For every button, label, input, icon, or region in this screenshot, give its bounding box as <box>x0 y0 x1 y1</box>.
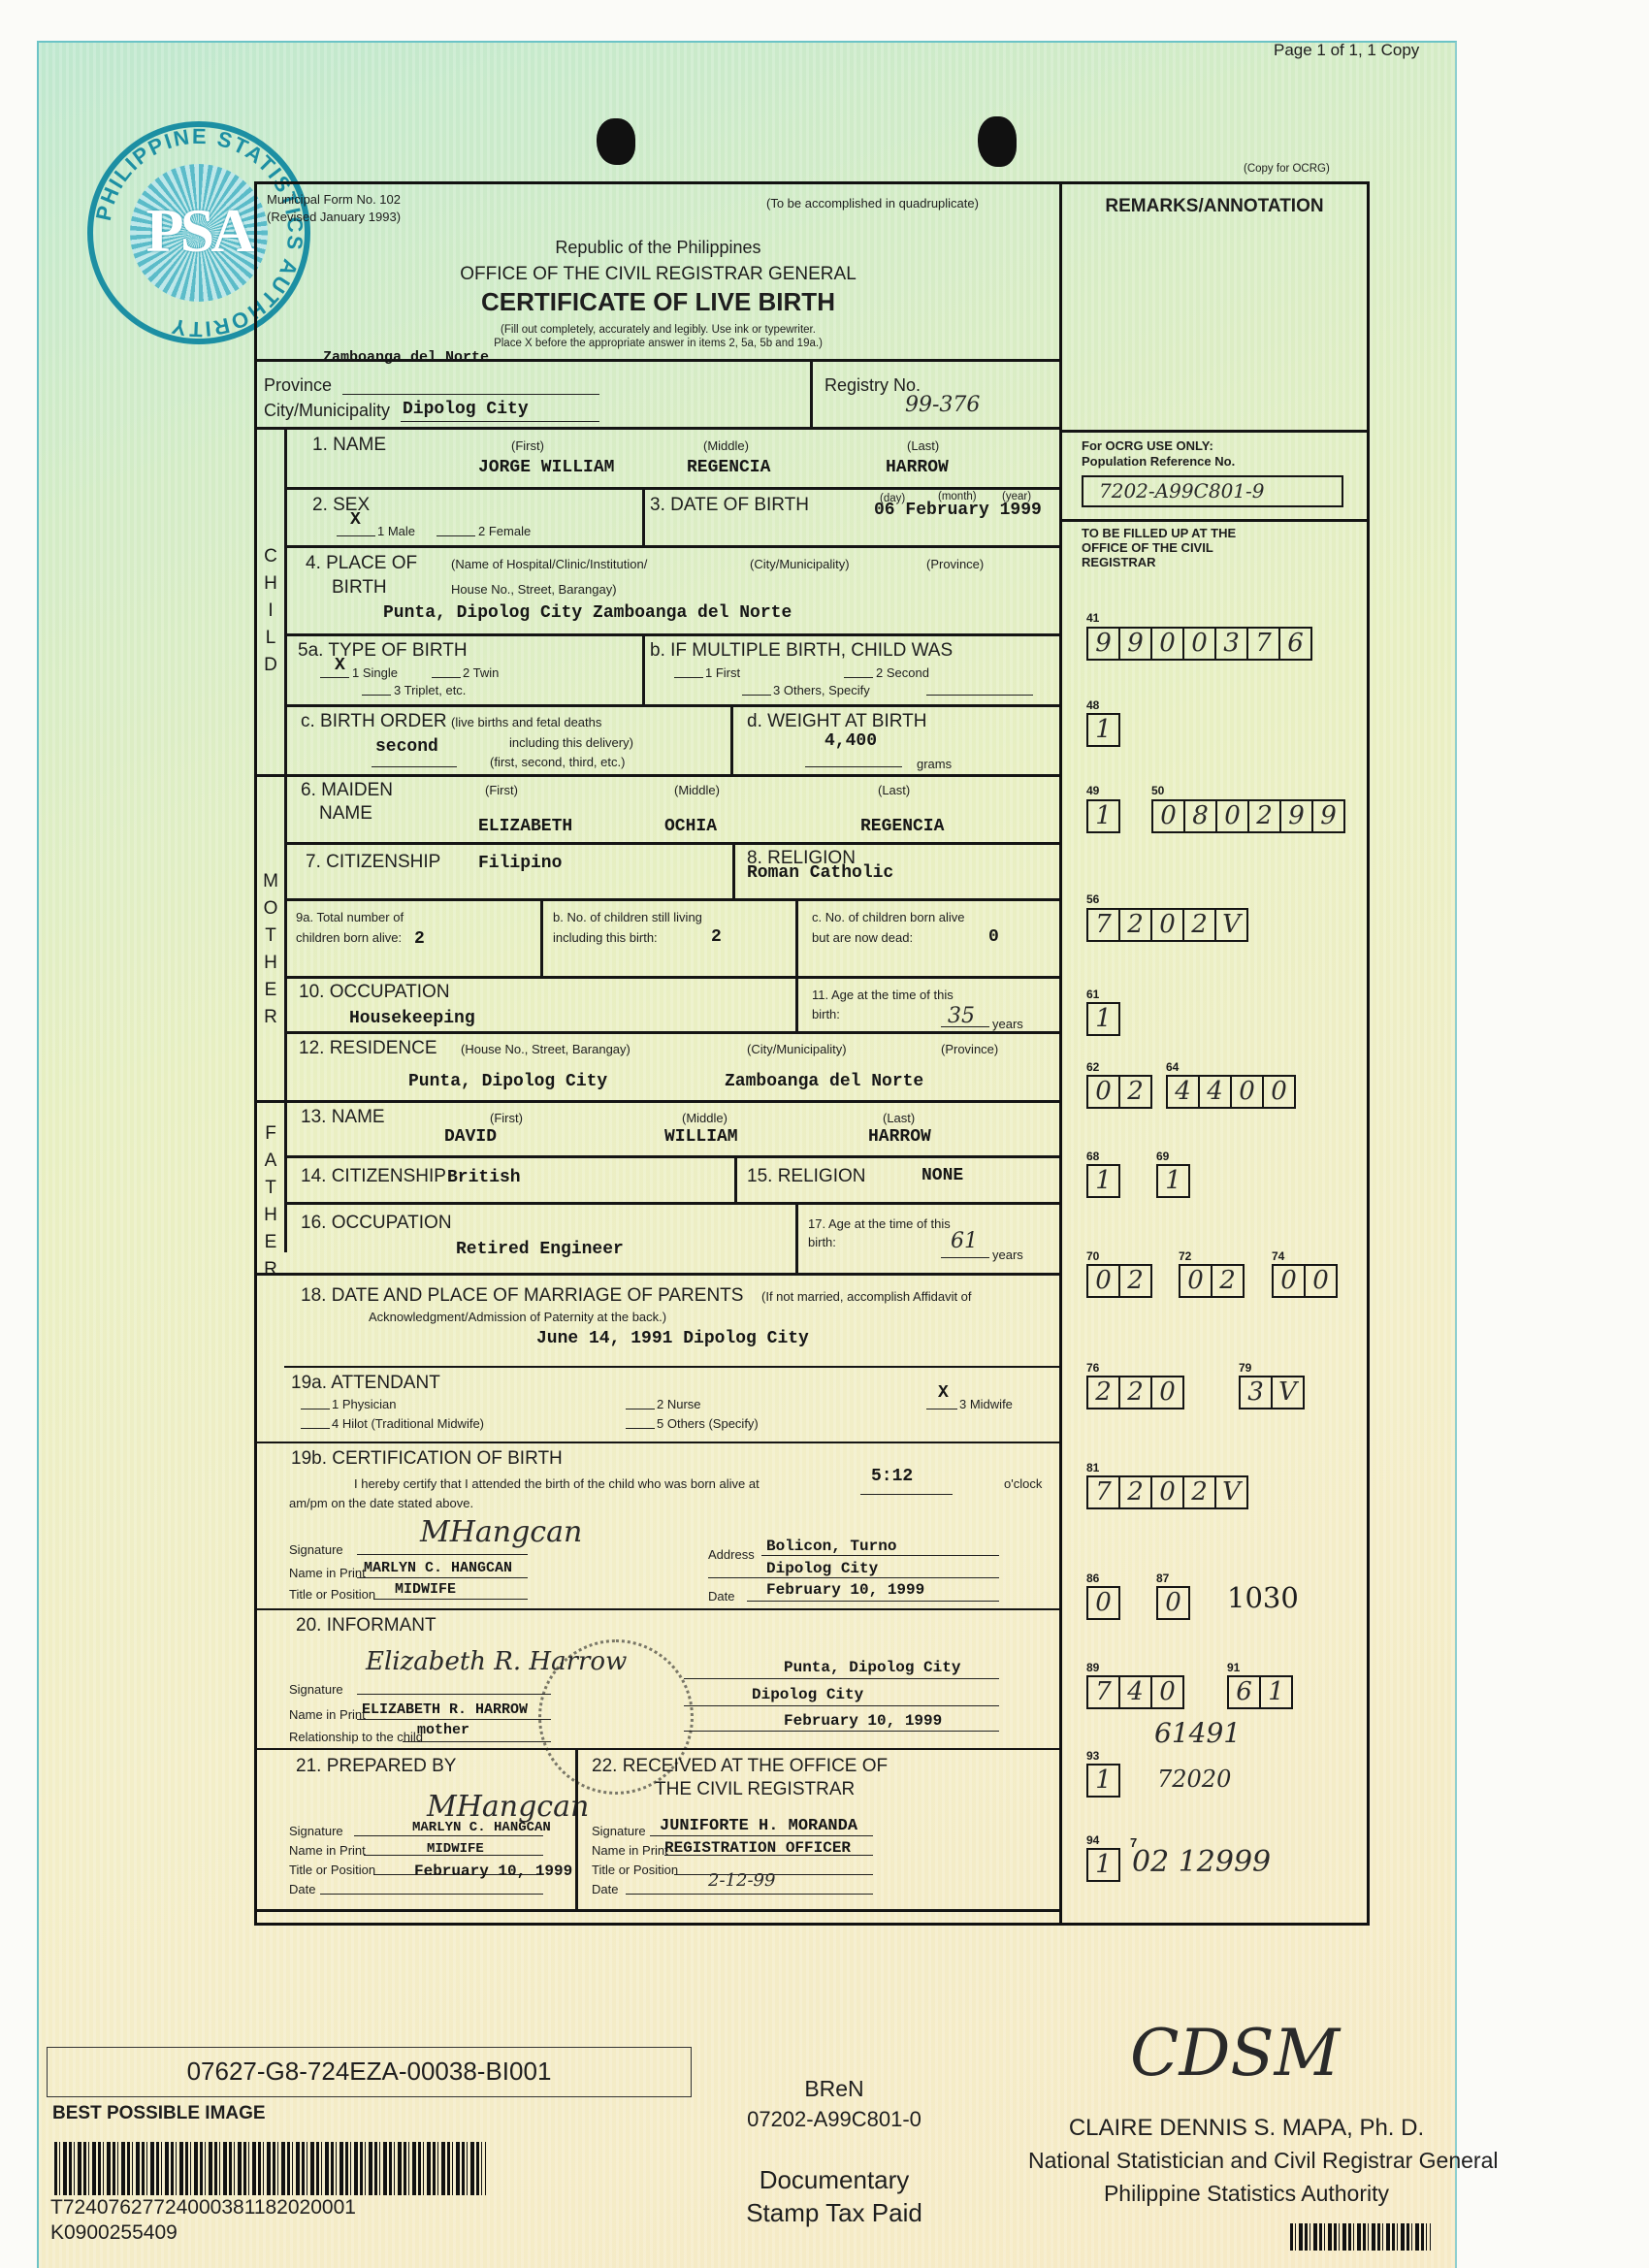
cert-signature-label: Signature <box>289 1542 343 1557</box>
mother-citizenship-value: Filipino <box>478 854 562 873</box>
multiple-first-option: 1 First <box>705 665 740 680</box>
total-children-value: 2 <box>414 929 425 949</box>
received-title-value: REGISTRATION OFFICER <box>664 1839 851 1857</box>
dob-value: 06 February 1999 <box>874 501 1042 520</box>
informant-label: 20. INFORMANT <box>296 1615 436 1636</box>
form-number: Municipal Form No. 102 <box>267 192 401 207</box>
maiden-name-label-2: NAME <box>319 803 372 825</box>
field-number: 56 <box>1086 892 1099 906</box>
field-number: 89 <box>1086 1661 1099 1674</box>
code-76-boxes: 220 <box>1086 1376 1184 1409</box>
field-number: 86 <box>1086 1571 1099 1585</box>
field-number: 93 <box>1086 1749 1099 1763</box>
code-74-boxes: 00 <box>1272 1264 1338 1298</box>
certificate-form: Municipal Form No. 102 (Revised January … <box>254 181 1062 1926</box>
father-name-label: 13. NAME <box>301 1107 385 1128</box>
cert-address-label: Address <box>708 1547 755 1562</box>
informant-address-line-1: Punta, Dipolog City <box>784 1659 960 1676</box>
code-89-boxes: 740 <box>1086 1675 1184 1709</box>
father-age-value: 61 <box>951 1229 978 1253</box>
pob-label-2: BIRTH <box>332 577 387 599</box>
birth-order-hint-1: (live births and fetal deaths <box>451 715 601 729</box>
cert-date-label: Date <box>708 1589 734 1604</box>
code-72-boxes: 02 <box>1179 1264 1245 1298</box>
field-number: 81 <box>1086 1461 1099 1474</box>
informant-address-line-2: Dipolog City <box>752 1686 863 1703</box>
bren-label: BReN <box>747 2076 921 2102</box>
cert-address-line-2: Dipolog City <box>766 1560 878 1577</box>
registrar-general-signature: CDSM <box>1130 2016 1340 2090</box>
ocrg-use-label: For OCRG USE ONLY: <box>1082 438 1213 453</box>
code-86-boxes: 0 <box>1086 1586 1120 1620</box>
control-number: 07627-G8-724EZA-00038-BI001 <box>47 2057 692 2087</box>
mother-middle-name: OCHIA <box>664 817 717 836</box>
mother-last-hint: (Last) <box>878 783 910 797</box>
field-number: 72 <box>1179 1249 1191 1263</box>
birth-order-value: second <box>375 737 438 757</box>
field-number: 50 <box>1151 784 1164 797</box>
sex-label: 2. SEX <box>312 495 370 516</box>
type-twin-option: 2 Twin <box>463 665 499 680</box>
multiple-birth-label: b. IF MULTIPLE BIRTH, CHILD WAS <box>650 640 953 662</box>
prepared-title-value: MIDWIFE <box>427 1841 484 1857</box>
signatory-organization: Philippine Statistics Authority <box>1028 2181 1465 2207</box>
cert-title-value: MIDWIFE <box>395 1581 456 1598</box>
population-ref-value: 7202-A99C801-9 <box>1099 479 1265 502</box>
field-number: 74 <box>1272 1249 1284 1263</box>
pob-label: 4. PLACE OF <box>306 553 417 574</box>
attendant-midwife-option: 3 Midwife <box>959 1397 1013 1411</box>
field-number: 76 <box>1086 1361 1099 1375</box>
field-number: 64 <box>1166 1060 1179 1074</box>
residence-street-value: Punta, Dipolog City <box>408 1072 607 1091</box>
residence-province-value: Zamboanga del Norte <box>725 1072 923 1091</box>
note-72020: 72020 <box>1157 1766 1231 1793</box>
residence-hint: (House No., Street, Barangay) <box>461 1042 630 1056</box>
attendant-hilot-option: 4 Hilot (Traditional Midwife) <box>332 1416 484 1431</box>
received-date-value: 2-12-99 <box>708 1870 775 1891</box>
code-87-boxes: 0 <box>1156 1586 1190 1620</box>
sex-female-option: 2 Female <box>478 524 531 538</box>
code-68-boxes: 1 <box>1086 1164 1120 1198</box>
field-number: 61 <box>1086 988 1099 1001</box>
code-79-boxes: 3V <box>1239 1376 1305 1409</box>
city-label: City/Municipality <box>264 401 390 421</box>
code-48-boxes: 1 <box>1086 713 1120 747</box>
copy-for-label: (Copy for OCRG) <box>1244 163 1330 175</box>
marriage-value: June 14, 1991 Dipolog City <box>536 1329 809 1348</box>
mother-religion-value: Roman Catholic <box>747 863 893 883</box>
pob-hint-1: (Name of Hospital/Clinic/Institution/ <box>451 557 647 571</box>
page-indicator: Page 1 of 1, 1 Copy <box>1274 41 1419 60</box>
certification-text-2: am/pm on the date stated above. <box>289 1496 473 1510</box>
father-middle-hint: (Middle) <box>682 1111 727 1125</box>
cert-date-value: February 10, 1999 <box>766 1581 924 1599</box>
field-number: 87 <box>1156 1571 1169 1585</box>
pob-value: Punta, Dipolog City Zamboanga del Norte <box>383 603 792 623</box>
punch-hole-left <box>597 118 635 165</box>
prepared-name-label: Name in Print <box>289 1843 366 1858</box>
residence-province-hint: (Province) <box>941 1042 998 1056</box>
field-number: 69 <box>1156 1150 1169 1163</box>
note-61491: 61491 <box>1154 1717 1241 1749</box>
field-number: 48 <box>1086 698 1099 712</box>
sex-mark: X <box>350 510 361 530</box>
informant-relationship-value: mother <box>417 1722 469 1738</box>
oclock-label: o'clock <box>1004 1476 1042 1491</box>
field-number: 49 <box>1086 784 1099 797</box>
prepared-name-value: MARLYN C. HANGCAN <box>412 1820 551 1835</box>
mother-age-value: 35 <box>948 1004 975 1028</box>
code-94-boxes: 1 <box>1086 1848 1120 1882</box>
cert-name-label: Name in Print <box>289 1566 366 1580</box>
father-first-name: DAVID <box>444 1127 497 1147</box>
code-81-boxes: 7202V <box>1086 1475 1248 1509</box>
field-number: 79 <box>1239 1361 1251 1375</box>
certification-label: 19b. CERTIFICATION OF BIRTH <box>291 1448 563 1470</box>
attendant-nurse-option: 2 Nurse <box>657 1397 701 1411</box>
dob-label: 3. DATE OF BIRTH <box>650 495 809 516</box>
code-70-boxes: 02 <box>1086 1264 1152 1298</box>
living-children-value: 2 <box>711 927 722 947</box>
prepared-date-label: Date <box>289 1882 315 1896</box>
office-label: OFFICE OF THE CIVIL REGISTRAR GENERAL <box>257 264 1059 285</box>
type-of-birth-mark: X <box>335 656 345 675</box>
best-image-label: BEST POSSIBLE IMAGE <box>52 2103 266 2124</box>
informant-date-value: February 10, 1999 <box>784 1712 942 1730</box>
fill-up-label: TO BE FILLED UP AT THE OFFICE OF THE CIV… <box>1082 526 1276 569</box>
residence-city-hint: (City/Municipality) <box>747 1042 847 1056</box>
remarks-column: REMARKS/ANNOTATION For OCRG USE ONLY: Po… <box>1062 181 1370 1926</box>
type-single-option: 1 Single <box>352 665 398 680</box>
type-of-birth-label: 5a. TYPE OF BIRTH <box>298 640 468 662</box>
code-49-boxes: 1 <box>1086 799 1120 833</box>
child-first-name: JORGE WILLIAM <box>478 458 614 477</box>
marriage-hint: (If not married, accomplish Affidavit of <box>761 1289 972 1304</box>
received-label: 22. RECEIVED AT THE OFFICE OF <box>592 1756 888 1777</box>
cert-signature: MHangcan <box>420 1515 582 1549</box>
mother-first-name: ELIZABETH <box>478 817 572 836</box>
father-religion-value: NONE <box>921 1166 963 1185</box>
population-ref-label: Population Reference No. <box>1082 454 1235 469</box>
multiple-others-option: 3 Others, Specify <box>773 683 870 697</box>
father-last-hint: (Last) <box>883 1111 915 1125</box>
residence-label: 12. RESIDENCE <box>299 1038 437 1059</box>
mother-occupation-value: Housekeeping <box>349 1009 475 1028</box>
barcode-text: T72407627724000381182020001 <box>50 2196 356 2219</box>
father-occupation-label: 16. OCCUPATION <box>301 1213 452 1234</box>
child-section-label: CHILD <box>260 543 281 679</box>
father-citizenship-label: 14. CITIZENSHIP <box>301 1166 446 1187</box>
instruction-line-1: (Fill out completely, accurately and leg… <box>257 324 1059 336</box>
mother-last-name: REGENCIA <box>860 817 944 836</box>
mother-section-label: MOTHER <box>260 868 281 1031</box>
marriage-label: 18. DATE AND PLACE OF MARRIAGE OF PARENT… <box>301 1285 743 1307</box>
received-label-2: THE CIVIL REGISTRAR <box>655 1779 855 1800</box>
code-62-boxes: 02 <box>1086 1075 1152 1109</box>
child-name-label: 1. NAME <box>312 435 386 456</box>
received-name-value: JUNIFORTE H. MORANDA <box>660 1817 857 1835</box>
attendant-others-option: 5 Others (Specify) <box>657 1416 759 1431</box>
child-middle-name: REGENCIA <box>687 458 770 477</box>
signatory-title: National Statistician and Civil Registra… <box>1028 2148 1465 2174</box>
father-middle-name: WILLIAM <box>664 1127 738 1147</box>
certification-text: I hereby certify that I attended the bir… <box>354 1476 760 1491</box>
field-number: 68 <box>1086 1150 1099 1163</box>
prepared-title-label: Title or Position <box>289 1863 375 1877</box>
note-1030: 1030 <box>1227 1581 1299 1614</box>
doc-stamp-label-2: Stamp Tax Paid <box>713 2198 955 2228</box>
form-revised: (Revised January 1993) <box>267 210 401 224</box>
mother-age-unit: years <box>992 1017 1023 1031</box>
pob-province-hint: (Province) <box>926 557 984 571</box>
code-41-boxes: 9900376 <box>1086 627 1312 661</box>
document-barcode <box>54 2142 486 2195</box>
informant-signature-label: Signature <box>289 1682 343 1697</box>
birth-order-label: c. BIRTH ORDER <box>301 711 447 732</box>
mother-citizenship-label: 7. CITIZENSHIP <box>306 852 440 873</box>
last-hint: (Last) <box>907 438 939 453</box>
instruction-line-2: Place X before the appropriate answer in… <box>257 338 1059 349</box>
birth-time-value: 5:12 <box>871 1467 913 1486</box>
dead-children-value: 0 <box>988 927 999 947</box>
prepared-by-signature: MHangcan <box>427 1790 589 1824</box>
field-number: 62 <box>1086 1060 1099 1074</box>
weight-unit: grams <box>917 757 952 771</box>
attendant-mark: X <box>938 1383 949 1403</box>
middle-hint: (Middle) <box>703 438 749 453</box>
cert-address-line-1: Boliсon, Turno <box>766 1538 896 1555</box>
informant-name-value: ELIZABETH R. HARROW <box>362 1701 528 1718</box>
mother-middle-hint: (Middle) <box>674 783 720 797</box>
marriage-hint-2: Acknowledgment/Admission of Paternity at… <box>369 1310 666 1324</box>
mother-first-hint: (First) <box>485 783 518 797</box>
city-value: Dipolog City <box>403 400 529 419</box>
father-last-name: HARROW <box>868 1127 931 1147</box>
multiple-second-option: 2 Second <box>876 665 929 680</box>
father-citizenship-value: British <box>447 1168 521 1187</box>
prepared-signature-label: Signature <box>289 1824 343 1838</box>
type-triplet-option: 3 Triplet, etc. <box>394 683 466 697</box>
living-children-label: b. No. of children still living includin… <box>553 907 727 948</box>
punch-hole-right <box>978 116 1017 167</box>
father-religion-label: 15. RELIGION <box>747 1166 866 1187</box>
field-number: 91 <box>1227 1661 1240 1674</box>
code-61-boxes: 1 <box>1086 1002 1120 1036</box>
field-number: 94 <box>1086 1833 1099 1847</box>
quadruplicate-note: (To be accomplished in quadruplicate) <box>766 196 979 211</box>
father-first-hint: (First) <box>490 1111 523 1125</box>
pob-hint-2: House No., Street, Barangay) <box>451 582 617 597</box>
pob-city-hint: (City/Municipality) <box>750 557 850 571</box>
signatory-barcode <box>1290 2223 1431 2251</box>
cert-name-value: MARLYN C. HANGCAN <box>364 1560 512 1576</box>
mother-age-label: 11. Age at the time of this birth: <box>812 986 957 1024</box>
maiden-name-label: 6. MAIDEN <box>301 780 393 801</box>
code-56-boxes: 7202V <box>1086 908 1248 942</box>
code-64-boxes: 4400 <box>1166 1075 1296 1109</box>
k-number: K0900255409 <box>50 2221 178 2245</box>
certificate-title: CERTIFICATE OF LIVE BIRTH <box>257 287 1059 317</box>
child-last-name: HARROW <box>886 458 949 477</box>
attendant-physician-option: 1 Physician <box>332 1397 396 1411</box>
father-section-label: FATHER <box>260 1120 281 1283</box>
attendant-label: 19a. ATTENDANT <box>291 1373 440 1394</box>
registry-value: 99-376 <box>905 393 980 417</box>
province-value: Zamboanga del Norte <box>323 349 489 366</box>
sex-male-option: 1 Male <box>377 524 415 538</box>
mother-occupation-label: 10. OCCUPATION <box>299 982 450 1003</box>
doc-stamp-label: Documentary <box>713 2165 955 2195</box>
field-number: 70 <box>1086 1249 1099 1263</box>
bren-value: 07202-A99C801-0 <box>713 2107 955 2132</box>
received-signature-label: Signature <box>592 1824 646 1838</box>
dead-children-label: c. No. of children born alive but are no… <box>812 907 967 948</box>
father-age-unit: years <box>992 1247 1023 1262</box>
received-date-label: Date <box>592 1882 618 1896</box>
code-69-boxes: 1 <box>1156 1164 1190 1198</box>
field-number: 41 <box>1086 611 1099 625</box>
received-title-label: Title or Position <box>592 1863 678 1877</box>
remarks-title: REMARKS/ANNOTATION <box>1062 196 1367 217</box>
informant-name-label: Name in Print <box>289 1707 366 1722</box>
code-50-boxes: 080299 <box>1151 799 1345 833</box>
code-93-boxes: 1 <box>1086 1764 1120 1798</box>
father-occupation-value: Retired Engineer <box>456 1240 624 1259</box>
note-date: 02 12999 <box>1132 1845 1271 1879</box>
weight-value: 4,400 <box>824 731 877 751</box>
birth-order-hint-2: including this delivery) <box>509 735 633 750</box>
prepared-date-value: February 10, 1999 <box>414 1863 572 1880</box>
weight-label: d. WEIGHT AT BIRTH <box>747 711 926 732</box>
prepared-by-label: 21. PREPARED BY <box>296 1756 456 1777</box>
birth-order-hint-3: (first, second, third, etc.) <box>490 755 625 769</box>
first-hint: (First) <box>511 438 544 453</box>
code-91-boxes: 61 <box>1227 1675 1293 1709</box>
signatory-name: CLAIRE DENNIS S. MAPA, Ph. D. <box>1028 2115 1465 2142</box>
province-label: Province <box>264 375 332 396</box>
republic-label: Republic of the Philippines <box>257 238 1059 258</box>
received-name-label: Name in Print <box>592 1843 668 1858</box>
cert-title-label: Title or Position <box>289 1587 375 1602</box>
